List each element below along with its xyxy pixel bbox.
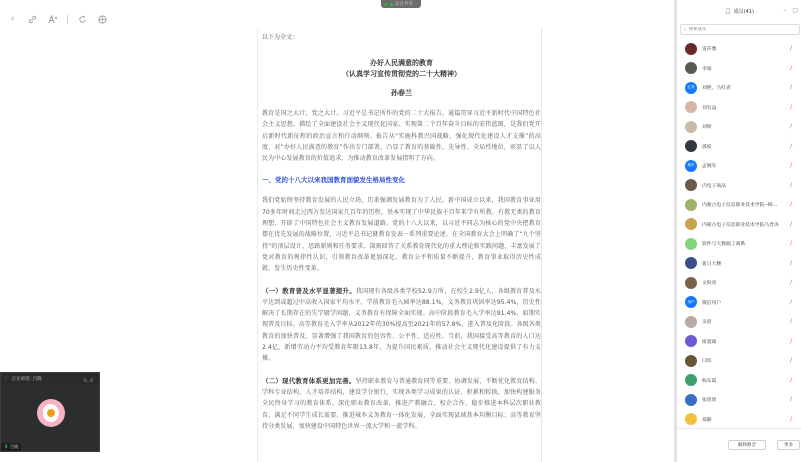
paragraph-4-body: 坚持职业教育与普通教育同等重要、协调发展，不断优化教育结构、学科专业结构、人才培… <box>262 378 541 430</box>
members-panel: 👤︎ 成员(41) – □ ⌕ 雷莎雅∕ 李娟∕ 红青刘艳、马红青∕ 刘有益∕ … <box>676 0 801 462</box>
paragraph-4: （二）现代教育体系更加完善。坚持职业教育与普通教育同等重要、协调发展，不断优化教… <box>262 376 541 432</box>
member-item[interactable]: 红青刘艳、马红青∕ <box>677 78 801 98</box>
avatar <box>685 62 697 74</box>
video-tile[interactable]: ∕ 正在讲话: 吕晓 ◣◢ ⬇ 吕晓 <box>0 372 100 452</box>
document-intro: 以下为全文： <box>262 32 541 41</box>
paragraph-3-lead: （一）教育普及水平显著提升。 <box>262 287 356 295</box>
document-title: 办好人民满意的教育 <box>262 58 541 69</box>
member-name: 刘有益 <box>702 104 716 111</box>
document-content[interactable]: 以下为全文： 办好人民满意的教育 （认真学习宣传贯彻党的二十大精神） 孙春兰 教… <box>257 28 542 462</box>
member-name: 软件与大数据工商系 <box>702 240 745 247</box>
avatar <box>685 335 697 347</box>
avatar <box>37 399 65 427</box>
avatar <box>685 199 697 211</box>
member-name: 席超雄 <box>702 338 716 345</box>
member-item[interactable]: 用户微信用户∕ <box>677 293 801 313</box>
member-name: 孟婉军 <box>702 162 716 169</box>
avatar <box>685 101 697 113</box>
member-name: 吴晨 <box>702 318 712 325</box>
mic-muted-icon[interactable]: ∕ <box>790 318 796 325</box>
member-name: 刘妍 <box>702 123 712 130</box>
member-name: 郑静 <box>702 416 712 423</box>
section-heading-1: 一、党的十八大以来我国教育面貌发生格局性变化 <box>262 175 541 184</box>
member-name: 文海亮 <box>702 279 716 286</box>
member-search-input[interactable] <box>689 27 789 32</box>
mic-muted-icon[interactable]: ∕ <box>790 377 796 384</box>
signal-icon: ◣◢ <box>84 376 93 383</box>
member-name: 内蒙古电子信息职业技术学院--杨... <box>702 201 777 208</box>
mic-muted-icon[interactable]: ∕ <box>790 338 796 345</box>
search-icon: ⌕ <box>684 27 687 33</box>
mic-muted-icon[interactable]: ∕ <box>790 143 796 150</box>
member-item[interactable]: 孤妖∕ <box>677 137 801 157</box>
speaking-status: 正在讲话: 吕晓 <box>12 376 42 382</box>
member-item[interactable]: 内蒙古电子信息职业技术学院--杨...∕ <box>677 195 801 215</box>
paragraph-3: （一）教育普及水平显著提升。我国现有各级各类学校52.9万所，在校生2.9亿人，… <box>262 286 541 365</box>
mic-muted-icon[interactable]: ∕ <box>790 45 796 52</box>
members-panel-header: 👤︎ 成员(41) – □ <box>677 0 801 22</box>
fried-egg-icon <box>43 404 59 422</box>
member-name: 李娟 <box>702 65 712 72</box>
member-item[interactable]: 新日大楼∕ <box>677 254 801 274</box>
avatar <box>685 413 697 425</box>
member-item[interactable]: 刘妍∕ <box>677 117 801 137</box>
window-controls: – □ <box>783 7 798 14</box>
member-item[interactable]: 席超雄∕ <box>677 332 801 352</box>
avatar <box>685 277 697 289</box>
member-list[interactable]: 雷莎雅∕ 李娟∕ 红青刘艳、马红青∕ 刘有益∕ 刘妍∕ 孤妖∕ 婉军孟婉军∕ 内… <box>677 39 801 429</box>
member-item[interactable]: 婉军孟婉军∕ <box>677 156 801 176</box>
avatar: 用户 <box>685 296 697 308</box>
member-item[interactable]: 李娟∕ <box>677 59 801 79</box>
avatar <box>685 257 697 269</box>
member-name: 内蒙古电子信息职业技术学院马晋涛 <box>702 221 779 228</box>
back-icon[interactable]: ‹ <box>7 14 18 25</box>
unmute-all-button[interactable]: 解除静音 <box>728 440 766 450</box>
avatar <box>685 316 697 328</box>
mic-muted-icon[interactable]: ∕ <box>790 123 796 130</box>
member-item[interactable]: 软件与大数据工商系∕ <box>677 234 801 254</box>
avatar <box>685 121 697 133</box>
avatar <box>685 140 697 152</box>
user-icon: 👤︎ <box>724 8 732 15</box>
member-name: 张瑶瑶 <box>702 396 716 403</box>
document-author: 孙春兰 <box>262 88 541 98</box>
mic-muted-icon[interactable]: ∕ <box>790 240 796 247</box>
avatar <box>685 238 697 250</box>
document-subtitle: （认真学习宣传贯彻党的二十大精神） <box>262 69 541 80</box>
avatar <box>685 394 697 406</box>
member-name: 刘艳、马红青 <box>702 84 731 91</box>
member-item[interactable]: 吴晨∕ <box>677 312 801 332</box>
globe-icon[interactable] <box>97 14 108 25</box>
paragraph-3-body: 我国现有各级各类学校52.9万所，在校生2.9亿人，各级教育普及水平达到或超过中… <box>262 288 541 363</box>
mic-muted-icon[interactable]: ∕ <box>790 279 796 286</box>
paragraph-1: 教育是国之大计、党之大计。习近平总书记所作的党的二十大报告，通篇贯穿习近平新时代… <box>262 108 541 164</box>
member-item[interactable]: 郑静∕ <box>677 410 801 430</box>
mic-muted-icon[interactable]: ∕ <box>790 221 796 228</box>
avatar <box>685 355 697 367</box>
avatar <box>685 374 697 386</box>
toolbar-divider <box>67 15 68 24</box>
member-name: 孤妖 <box>702 143 712 150</box>
member-search-box[interactable]: ⌕ <box>680 24 800 35</box>
avatar <box>685 43 697 55</box>
member-name: 雷莎雅 <box>702 45 716 52</box>
mic-muted-icon[interactable]: ∕ <box>790 299 796 306</box>
member-item[interactable]: 内蒙古电子信息职业技术学院马晋涛∕ <box>677 215 801 235</box>
status-dot-icon <box>390 3 393 6</box>
member-name: 杨东霞 <box>702 377 716 384</box>
member-item[interactable]: 文海亮∕ <box>677 273 801 293</box>
mic-muted-icon[interactable]: ∕ <box>790 357 796 364</box>
font-size-icon[interactable] <box>47 14 58 25</box>
member-item[interactable]: 闫玮∕ <box>677 351 801 371</box>
members-panel-footer: 解除静音 更多 <box>677 428 801 462</box>
more-button[interactable]: 更多 <box>777 440 800 450</box>
mic-muted-icon[interactable]: ∕ <box>790 182 796 189</box>
mic-muted-icon[interactable]: ∕ <box>790 416 796 423</box>
member-item[interactable]: 内电子商品∕ <box>677 176 801 196</box>
mic-muted-icon[interactable]: ∕ <box>790 65 796 72</box>
avatar: 红青 <box>685 82 697 94</box>
mic-muted-icon[interactable]: ∕ <box>790 162 796 169</box>
member-name: 新日大楼 <box>702 260 721 267</box>
mic-muted-icon: ∕ <box>5 376 7 382</box>
refresh-icon[interactable] <box>77 14 88 25</box>
video-tile-header: ∕ 正在讲话: 吕晓 ◣◢ <box>1 373 99 385</box>
member-name: 闫玮 <box>702 357 712 364</box>
paragraph-2: 我们党始终坚持教育发展的人民立场，历来强调发展教育为了人民。新中国成立以来，我国… <box>262 195 541 274</box>
member-item[interactable]: 杨东霞∕ <box>677 371 801 391</box>
minimize-icon[interactable]: – <box>783 7 786 14</box>
video-tile-footer: ⬇ 吕晓 <box>1 443 21 451</box>
paragraph-4-lead: （二）现代教育体系更加完善。 <box>262 377 356 385</box>
member-item[interactable]: 张瑶瑶∕ <box>677 390 801 410</box>
member-name: 微信用户 <box>702 299 721 306</box>
mic-muted-icon[interactable]: ∕ <box>790 396 796 403</box>
avatar: 婉军 <box>685 160 697 172</box>
members-title: 成员(41) <box>734 8 754 15</box>
screen-share-badge[interactable]: ◢ 正在共享 <box>381 0 421 8</box>
avatar <box>685 179 697 191</box>
link-icon[interactable] <box>27 14 38 25</box>
participant-name: 吕晓 <box>10 444 18 450</box>
share-status-label: 正在共享 <box>395 1 413 7</box>
mic-active-icon: ⬇ <box>4 444 8 450</box>
avatar <box>685 218 697 230</box>
mic-muted-icon[interactable]: ∕ <box>790 104 796 111</box>
member-item[interactable]: 雷莎雅∕ <box>677 39 801 59</box>
maximize-icon[interactable]: □ <box>792 7 798 14</box>
member-item[interactable]: 刘有益∕ <box>677 98 801 118</box>
mic-muted-icon[interactable]: ∕ <box>790 84 796 91</box>
member-name: 内电子商品 <box>702 182 726 189</box>
signal-icon: ◢ <box>384 2 388 6</box>
mic-muted-icon[interactable]: ∕ <box>790 260 796 267</box>
mic-muted-icon[interactable]: ∕ <box>790 201 796 208</box>
